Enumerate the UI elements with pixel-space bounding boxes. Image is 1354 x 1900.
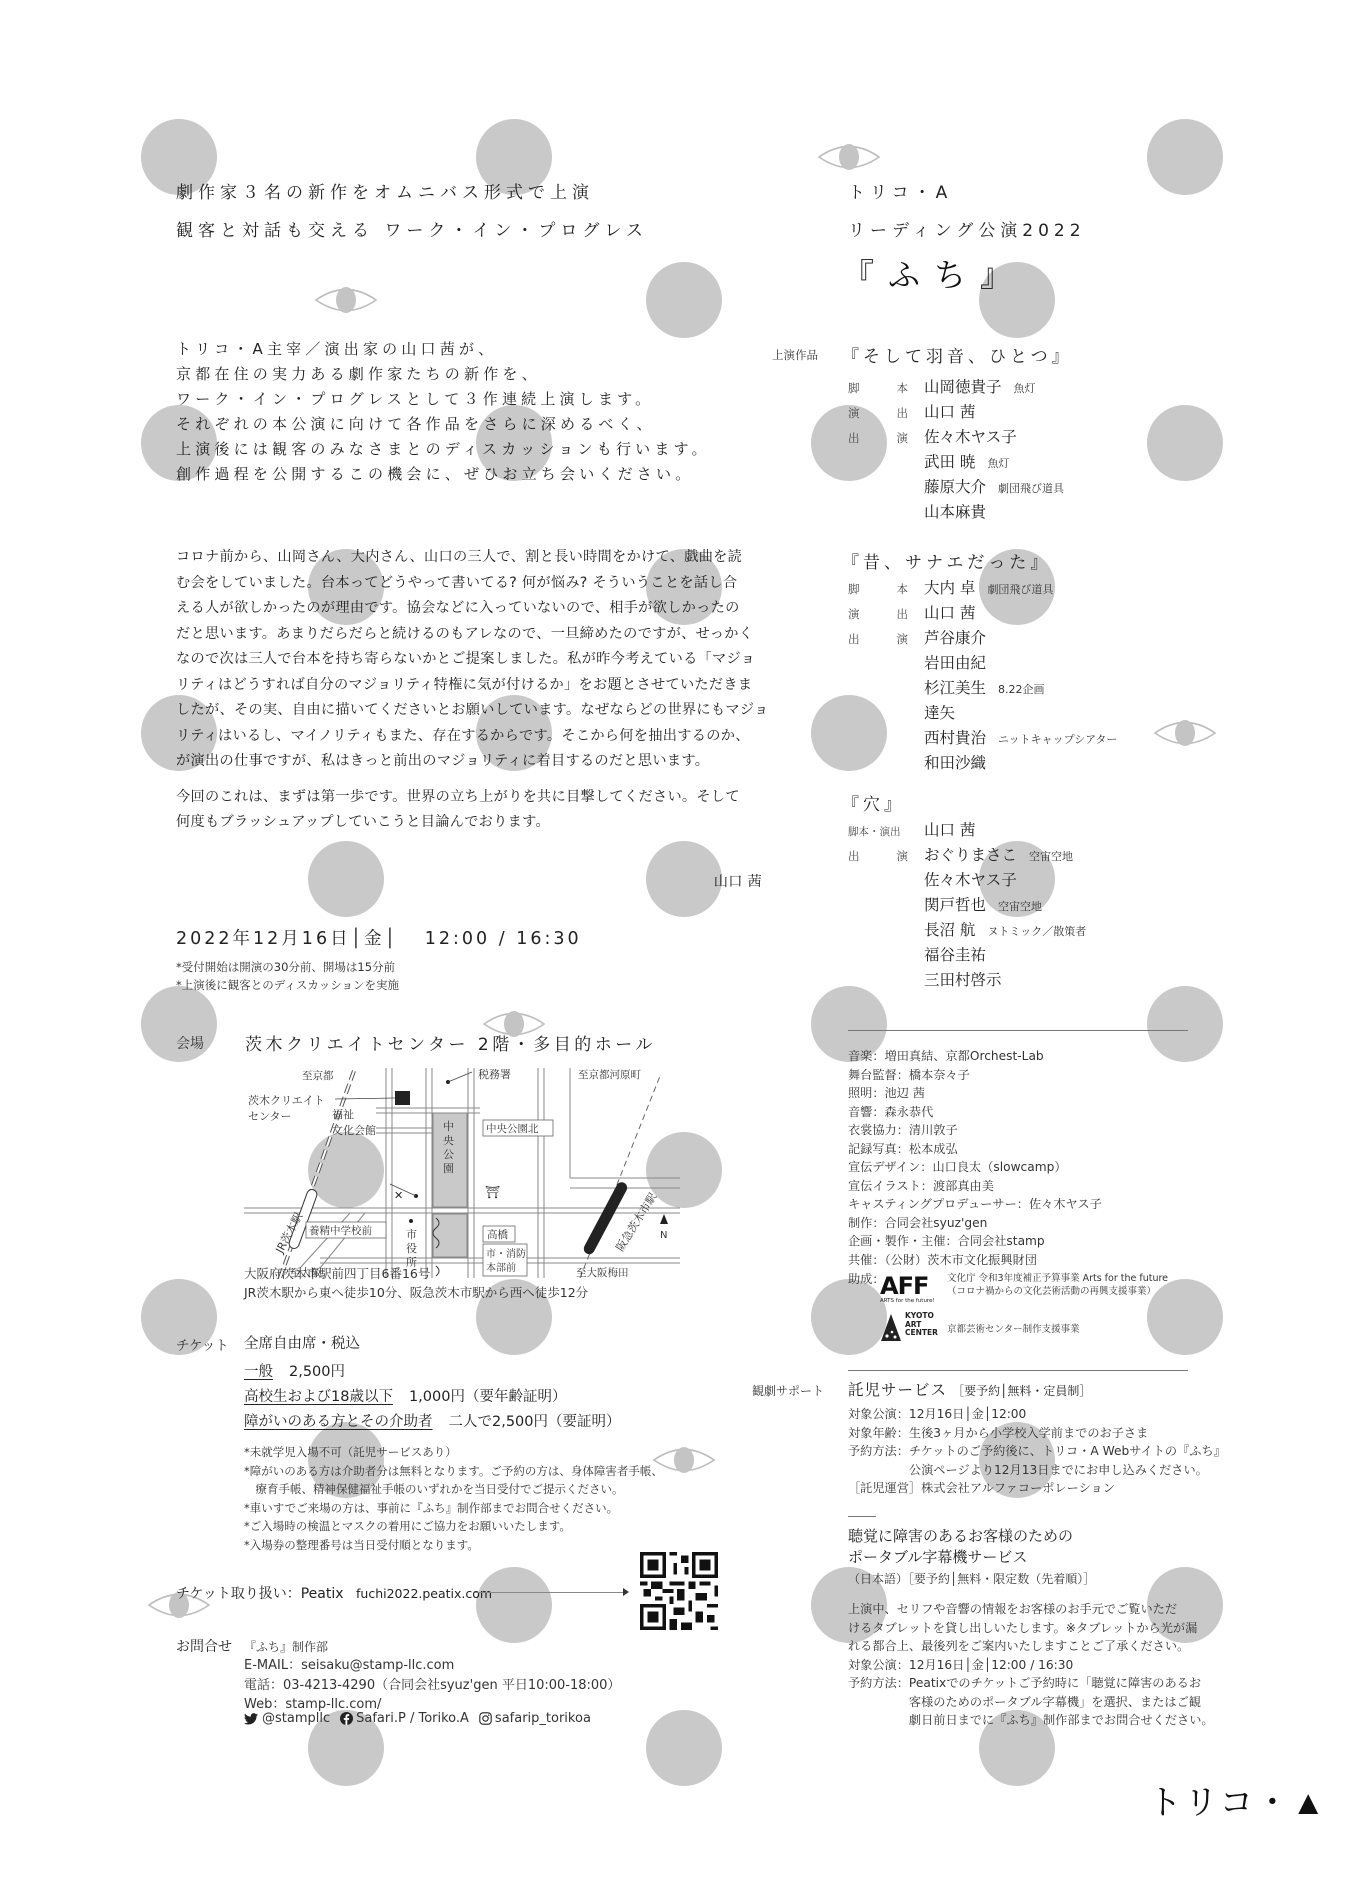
short-divider xyxy=(848,1516,876,1517)
show-title: 『ふち』 xyxy=(842,250,1026,296)
logo-word: CENTER xyxy=(905,1329,938,1338)
time-text: 12:00 / 16:30 xyxy=(425,929,582,949)
captioning-title: ポータブル字幕機サービス xyxy=(848,1547,1073,1568)
kyoto-art-center-logo-icon xyxy=(880,1312,902,1342)
svg-text:養精中学校前: 養精中学校前 xyxy=(309,1224,372,1237)
ticket-note: （要年齢証明） xyxy=(465,1389,567,1405)
svg-text:中央公園北: 中央公園北 xyxy=(486,1122,539,1135)
svg-text:中: 中 xyxy=(443,1119,454,1133)
ticket-price-row: 高校生および18歳以下1,000円（要年齢証明） xyxy=(244,1385,621,1410)
intro-line: 上演後には観客のみなさまとのディスカッションも行います。 xyxy=(176,437,711,462)
ticket-note-line: *車いすでご来場の方は、事前に『ふち』制作部までお問合せください。 xyxy=(244,1499,663,1518)
essay-line: 今回のこれは、まずは第一歩です。世界の立ち上がりを共に目撃してください。そして xyxy=(176,785,769,811)
twitter-icon xyxy=(244,1713,258,1725)
venue-access: JR茨木駅から東へ徒歩10分、阪急茨木市駅から西へ徒歩12分 xyxy=(244,1283,588,1302)
social-links: @stampllc Safari.P / Toriko.A safarip_to… xyxy=(244,1711,591,1726)
svg-text:高橋: 高橋 xyxy=(487,1228,508,1241)
company-name: トリコ・A xyxy=(848,178,952,203)
credit-row: 西村貴治ニットキャップシアター xyxy=(848,726,1117,751)
staff-credit: 舞台監督：橋本奈々子 xyxy=(848,1066,1102,1085)
childcare-line: ［託児運営］株式会社アルファコーポレーション xyxy=(848,1479,1226,1498)
staff-credit: 記録写真：松本成弘 xyxy=(848,1140,1102,1159)
arrow-head-icon xyxy=(623,1588,629,1596)
contact-details: E-MAIL：seisaku@stamp-llc.com 電話：03-4213-… xyxy=(244,1656,620,1715)
ticket-category: 障がいのある方とその介助者 xyxy=(244,1414,433,1430)
venue-map: ✕ 至京都 税務署 至京都河原町 茨木クリエイト センター 福祉 文化会館 中 … xyxy=(240,1068,680,1278)
venue-name: 茨木クリエイトセンター 2階・多目的ホール xyxy=(245,1030,656,1055)
childcare-line: 対象公演：12月16日│金│12:00 xyxy=(848,1405,1226,1424)
play-title: 『昔、サナエだった』 xyxy=(842,548,1051,573)
decorative-dot xyxy=(646,1710,722,1786)
facebook-handle[interactable]: Safari.P / Toriko.A xyxy=(356,1711,469,1726)
play-title: 『そして羽音、ひとつ』 xyxy=(842,342,1073,367)
childcare-details: 対象公演：12月16日│金│12:00 対象年齢：生後3ヶ月から小学校入学前まで… xyxy=(848,1405,1226,1498)
credit-row: 岩田由紀 xyxy=(848,651,1117,676)
divider xyxy=(848,1370,1188,1371)
decorative-dot xyxy=(1147,405,1223,481)
decorative-dot xyxy=(308,841,384,917)
peatix-link[interactable]: fuchi2022.peatix.com xyxy=(356,1586,492,1601)
credit-row: 達矢 xyxy=(848,701,1117,726)
captioning-details: 上演中、セリフや音響の情報をお客様のお手元でご覧いただ けるタブレットを貸し出し… xyxy=(848,1600,1214,1730)
aff-line: 文化庁 令和3年度補正予算事業 Arts for the future xyxy=(947,1272,1168,1285)
staff-credit: 照明：池辺 茜 xyxy=(848,1084,1102,1103)
ticket-vendor-label: チケット取り扱い：Peatix xyxy=(176,1586,344,1602)
staff-credit: 制作：合同会社syuz'gen xyxy=(848,1214,1102,1233)
kyoto-art-center-logo: KYOTO ART CENTER xyxy=(905,1312,938,1338)
essay-line: が演出の仕事ですが、私はきっと前出のマジョリティに着目するのだと思います。 xyxy=(176,749,769,775)
play-credits: 脚本大内 卓劇団飛び道具 演出山口 茜 出演芦谷康介 岩田由紀 杉江美生8.22… xyxy=(848,576,1117,776)
decorative-dot xyxy=(646,262,722,338)
plays-label: 上演作品 xyxy=(772,347,818,363)
credit-row: 出演芦谷康介 xyxy=(848,626,1117,651)
svg-text:園: 園 xyxy=(443,1162,454,1175)
credit-row: 脚本山岡徳貴子魚灯 xyxy=(848,375,1064,400)
svg-text:福祉: 福祉 xyxy=(332,1107,354,1121)
svg-text:至京都河原町: 至京都河原町 xyxy=(578,1068,641,1081)
credit-row: 和田沙織 xyxy=(848,751,1117,776)
credit-row: 武田 暁魚灯 xyxy=(848,450,1064,475)
contact-email[interactable]: E-MAIL：seisaku@stamp-llc.com xyxy=(244,1656,620,1676)
staff-credit: キャスティングプロデューサー：佐々木ヤス子 xyxy=(848,1195,1102,1214)
intro-paragraph: トリコ・A主宰／演出家の山口茜が、 京都在住の実力ある劇作家たちの新作を、 ワー… xyxy=(176,337,711,487)
qr-code[interactable] xyxy=(640,1552,718,1630)
intro-line: ワーク・イン・プログレスとして３作連続上演します。 xyxy=(176,387,711,412)
audience-support-label: 観劇サポート xyxy=(752,1382,824,1399)
contact-label: お問合せ xyxy=(176,1636,232,1656)
instagram-handle[interactable]: safarip_torikoa xyxy=(495,1711,591,1726)
childcare-tags: ［要予約│無料・定員制］ xyxy=(952,1384,1091,1398)
essay-line: 何度もブラッシュアップしていこうと目論んでおります。 xyxy=(176,810,769,836)
intro-line: トリコ・A主宰／演出家の山口茜が、 xyxy=(176,337,711,362)
play-credits: 脚本・演出山口 茜 出演おぐりまさこ空宙空地 佐々木ヤス子 関戸哲也空宙空地 長… xyxy=(848,818,1086,993)
schedule-notes: *受付開始は開演の30分前、開場は15分前 *上演後に観客とのディスカッションを… xyxy=(176,958,399,994)
ticket-note-line: 療育手帳、精神保健福祉手帳のいずれかを当日受付でご提示ください。 xyxy=(244,1480,663,1499)
ticket-heading: 全席自由席・税込 xyxy=(244,1332,360,1353)
svg-text:市・消防: 市・消防 xyxy=(486,1247,526,1260)
aff-line: （コロナ禍からの文化芸術活動の再興支援事業） xyxy=(947,1285,1168,1298)
intro-line: それぞれの本公演に向けて各作品をさらに深めるべく、 xyxy=(176,412,711,437)
svg-text:央: 央 xyxy=(443,1133,454,1147)
staff-credit: 宣伝デザイン：山口良太（slowcamp） xyxy=(848,1158,1102,1177)
essay-line: だと思います。あまりだらだらと続けるのもアレなので、一旦締めたのですが、せっかく xyxy=(176,622,769,648)
credit-row: 山本麻貴 xyxy=(848,500,1064,525)
credit-row: 藤原大介劇団飛び道具 xyxy=(848,475,1064,500)
credit-row: 長沼 航ヌトミック／散策者 xyxy=(848,918,1086,943)
series-name: リーディング公演2022 xyxy=(848,216,1086,241)
captioning-line: 上演中、セリフや音響の情報をお客様のお手元でご覧いただ xyxy=(848,1600,1214,1619)
credit-row: 演出山口 茜 xyxy=(848,601,1117,626)
ticket-category: 高校生および18歳以下 xyxy=(244,1389,393,1405)
schedule-note: *受付開始は開演の30分前、開場は15分前 xyxy=(176,958,399,976)
credit-row: 脚本・演出山口 茜 xyxy=(848,818,1086,843)
venue-address-block: 大阪府茨木市駅前四丁目6番16号 JR茨木駅から東へ徒歩10分、阪急茨木市駅から… xyxy=(244,1264,588,1302)
arrow-line xyxy=(475,1592,625,1593)
ticket-vendor: チケット取り扱い：Peatix fuchi2022.peatix.com xyxy=(176,1583,492,1603)
credit-row: 演出山口 茜 xyxy=(848,400,1064,425)
toriko-a-logo: トリコ・▲ xyxy=(1148,1775,1327,1824)
captioning-line: 予約方法：Peatixでのチケットご予約時に「聴覚に障害のあるお xyxy=(848,1674,1214,1693)
decorative-dot xyxy=(1147,986,1223,1062)
svg-text:文化会館: 文化会館 xyxy=(332,1123,376,1137)
staff-credit: 共催：（公財）茨木市文化振興財団 xyxy=(848,1251,1102,1270)
essay-line: える人が欲しかったのが理由です。協会などに入っていないので、相手が欲しかったの xyxy=(176,596,769,622)
aff-logo: AFF xyxy=(880,1272,928,1300)
facebook-icon xyxy=(340,1712,353,1725)
ticket-category: 一般 xyxy=(244,1364,273,1380)
captioning-line: けるタブレットを貸し出しいたします。※タブレットから光が漏 xyxy=(848,1619,1214,1638)
credit-row: 杉江美生8.22企画 xyxy=(848,676,1117,701)
venue-address: 大阪府茨木市駅前四丁目6番16号 xyxy=(244,1264,588,1283)
svg-text:公: 公 xyxy=(443,1148,454,1161)
ticket-price-list: 一般2,500円 高校生および18歳以下1,000円（要年齢証明） 障がいのある… xyxy=(244,1360,621,1435)
eye-icon xyxy=(313,283,379,317)
captioning-line: 対象公演：12月16日│金│12:00 / 16:30 xyxy=(848,1656,1214,1675)
credit-row: 福谷圭祐 xyxy=(848,943,1086,968)
staff-credit: 企画・製作・主催：合同会社stamp xyxy=(848,1232,1102,1251)
staff-credits: 音楽：増田真結、京都Orchest-Lab 舞台監督：橋本奈々子 照明：池辺 茜… xyxy=(848,1047,1102,1269)
captioning-heading: 聴覚に障害のあるお客様のための ポータブル字幕機サービス xyxy=(848,1526,1073,1568)
ticket-notes: *未就学児入場不可（託児サービスあり） *障がいのある方は介助者分は無料となりま… xyxy=(244,1443,663,1554)
svg-text:至京都: 至京都 xyxy=(302,1069,334,1082)
essay-line: リティはいるし、マイノリティもまた、存在するからです。そこから何を抽出するのか、 xyxy=(176,724,769,750)
ticket-price: 二人で2,500円 xyxy=(449,1414,549,1430)
essay-line: む会をしていました。台本ってどうやって書いてる? 何が悩み? そういうことを話し… xyxy=(176,571,769,597)
childcare-title: 託児サービス xyxy=(848,1381,947,1399)
eye-icon xyxy=(1152,716,1218,750)
ticket-price: 1,000円 xyxy=(409,1389,465,1405)
ticket-price-row: 一般2,500円 xyxy=(244,1360,621,1385)
decorative-dot xyxy=(476,1567,552,1643)
credit-row: 三田村啓示 xyxy=(848,968,1086,993)
staff-credit: 音楽：増田真結、京都Orchest-Lab xyxy=(848,1047,1102,1066)
childcare-line: 予約方法：チケットのご予約後に、トリコ・A Webサイトの『ふち』 xyxy=(848,1442,1226,1461)
eye-icon xyxy=(816,140,882,174)
svg-text:税務署: 税務署 xyxy=(478,1068,511,1081)
ticket-note-line: *未就学児入場不可（託児サービスあり） xyxy=(244,1443,663,1462)
performance-date: 2022年12月16日│金│ 12:00 / 16:30 xyxy=(176,925,582,950)
staff-credit: 宣伝イラスト：渡部真由美 xyxy=(848,1177,1102,1196)
essay-line: リティはどうすれば自分のマジョリティ特権に気が付けるか」をお題とさせていただきま xyxy=(176,673,769,699)
credit-row: 佐々木ヤス子 xyxy=(848,868,1086,893)
play-credits: 脚本山岡徳貴子魚灯 演出山口 茜 出演佐々木ヤス子 武田 暁魚灯 藤原大介劇団飛… xyxy=(848,375,1064,525)
staff-credit: 音響：森永恭代 xyxy=(848,1103,1102,1122)
schedule-note: *上演後に観客とのディスカッションを実施 xyxy=(176,976,399,994)
intro-line: 創作過程を公開するこの機会に、ぜひお立ち会いください。 xyxy=(176,462,711,487)
captioning-line: 客様のためのポータブル字幕機」を選択、またはご観 xyxy=(848,1693,1214,1712)
aff-description: 文化庁 令和3年度補正予算事業 Arts for the future （コロナ… xyxy=(947,1272,1168,1298)
svg-text:✕: ✕ xyxy=(394,1189,403,1202)
venue-label: 会場 xyxy=(176,1033,204,1053)
captioning-line: れる都合上、最後列をご案内いたしますことご了承ください。 xyxy=(848,1637,1214,1656)
play-title: 『穴』 xyxy=(842,790,905,815)
svg-text:N: N xyxy=(660,1230,667,1241)
credit-row: 出演おぐりまさこ空宙空地 xyxy=(848,843,1086,868)
essay-line: コロナ前から、山岡さん、大内さん、山口の三人で、割と長い時間をかけて、戯曲を読 xyxy=(176,545,769,571)
contact-org: 『ふち』制作部 xyxy=(244,1638,328,1656)
svg-text:センター: センター xyxy=(248,1110,292,1123)
contact-phone: 電話：03-4213-4290（合同会社syuz'gen 平日10:00-18:… xyxy=(244,1676,620,1696)
childcare-line: 公演ページより12月13日までにお申し込みください。 xyxy=(848,1461,1226,1480)
director-essay: コロナ前から、山岡さん、大内さん、山口の三人で、割と長い時間をかけて、戯曲を読 … xyxy=(176,545,769,836)
tagline-1: 劇作家３名の新作をオムニバス形式で上演 xyxy=(176,178,594,203)
aff-logo-sub: ARTS for the future! xyxy=(880,1298,935,1304)
credit-row: 関戸哲也空宙空地 xyxy=(848,893,1086,918)
svg-text:茨木クリエイト: 茨木クリエイト xyxy=(248,1093,325,1107)
credit-row: 脚本大内 卓劇団飛び道具 xyxy=(848,576,1117,601)
date-text: 2022年12月16日│金│ xyxy=(176,929,398,949)
twitter-handle[interactable]: @stampllc xyxy=(262,1711,330,1726)
childcare-heading: 託児サービス ［要予約│無料・定員制］ xyxy=(848,1378,1091,1400)
decorative-dot xyxy=(811,1279,887,1355)
staff-credit: 衣裳協力：清川敦子 xyxy=(848,1121,1102,1140)
ticket-price: 2,500円 xyxy=(289,1364,345,1380)
essay-line: したが、その実、自由に描いてくださいとお願いしています。なぜならどの世界にもマジ… xyxy=(176,698,769,724)
ticket-note: （要証明） xyxy=(548,1414,621,1430)
essay-line: なので次は三人で台本を持ち寄らないかとご提案しました。私が昨今考えている「マジョ xyxy=(176,647,769,673)
tickets-label: チケット xyxy=(176,1334,229,1354)
decorative-dot xyxy=(1147,119,1223,195)
svg-text:市: 市 xyxy=(406,1228,417,1241)
essay-signature: 山口 茜 xyxy=(700,870,762,896)
divider xyxy=(848,1030,1188,1031)
captioning-title: 聴覚に障害のあるお客様のための xyxy=(848,1526,1073,1547)
ticket-note-line: *ご入場時の検温とマスクの着用にご協力をお願いいたします。 xyxy=(244,1517,663,1536)
childcare-line: 対象年齢：生後3ヶ月から小学校入学前までのお子さま xyxy=(848,1424,1226,1443)
captioning-tags: （日本語）［要予約│無料・限定数（先着順）］ xyxy=(848,1570,1095,1587)
ticket-note-line: *入場券の整理番号は当日受付順となります。 xyxy=(244,1536,663,1555)
ticket-price-row: 障がいのある方とその介助者二人で2,500円（要証明） xyxy=(244,1410,621,1435)
kac-description: 京都芸術センター制作支援事業 xyxy=(947,1321,1080,1335)
ticket-note-line: *障がいのある方は介助者分は無料となります。ご予約の方は、身体障害者手帳、 xyxy=(244,1462,663,1481)
instagram-icon xyxy=(479,1712,492,1725)
tagline-2: 観客と対話も交える ワーク・イン・プログレス xyxy=(176,216,648,241)
intro-line: 京都在住の実力ある劇作家たちの新作を、 xyxy=(176,362,711,387)
captioning-line: 劇日前日までに『ふち』制作部までお問合せください。 xyxy=(848,1711,1214,1730)
svg-text:⛩: ⛩ xyxy=(485,1185,500,1199)
svg-text:役: 役 xyxy=(406,1242,417,1255)
credit-row: 出演佐々木ヤス子 xyxy=(848,425,1064,450)
